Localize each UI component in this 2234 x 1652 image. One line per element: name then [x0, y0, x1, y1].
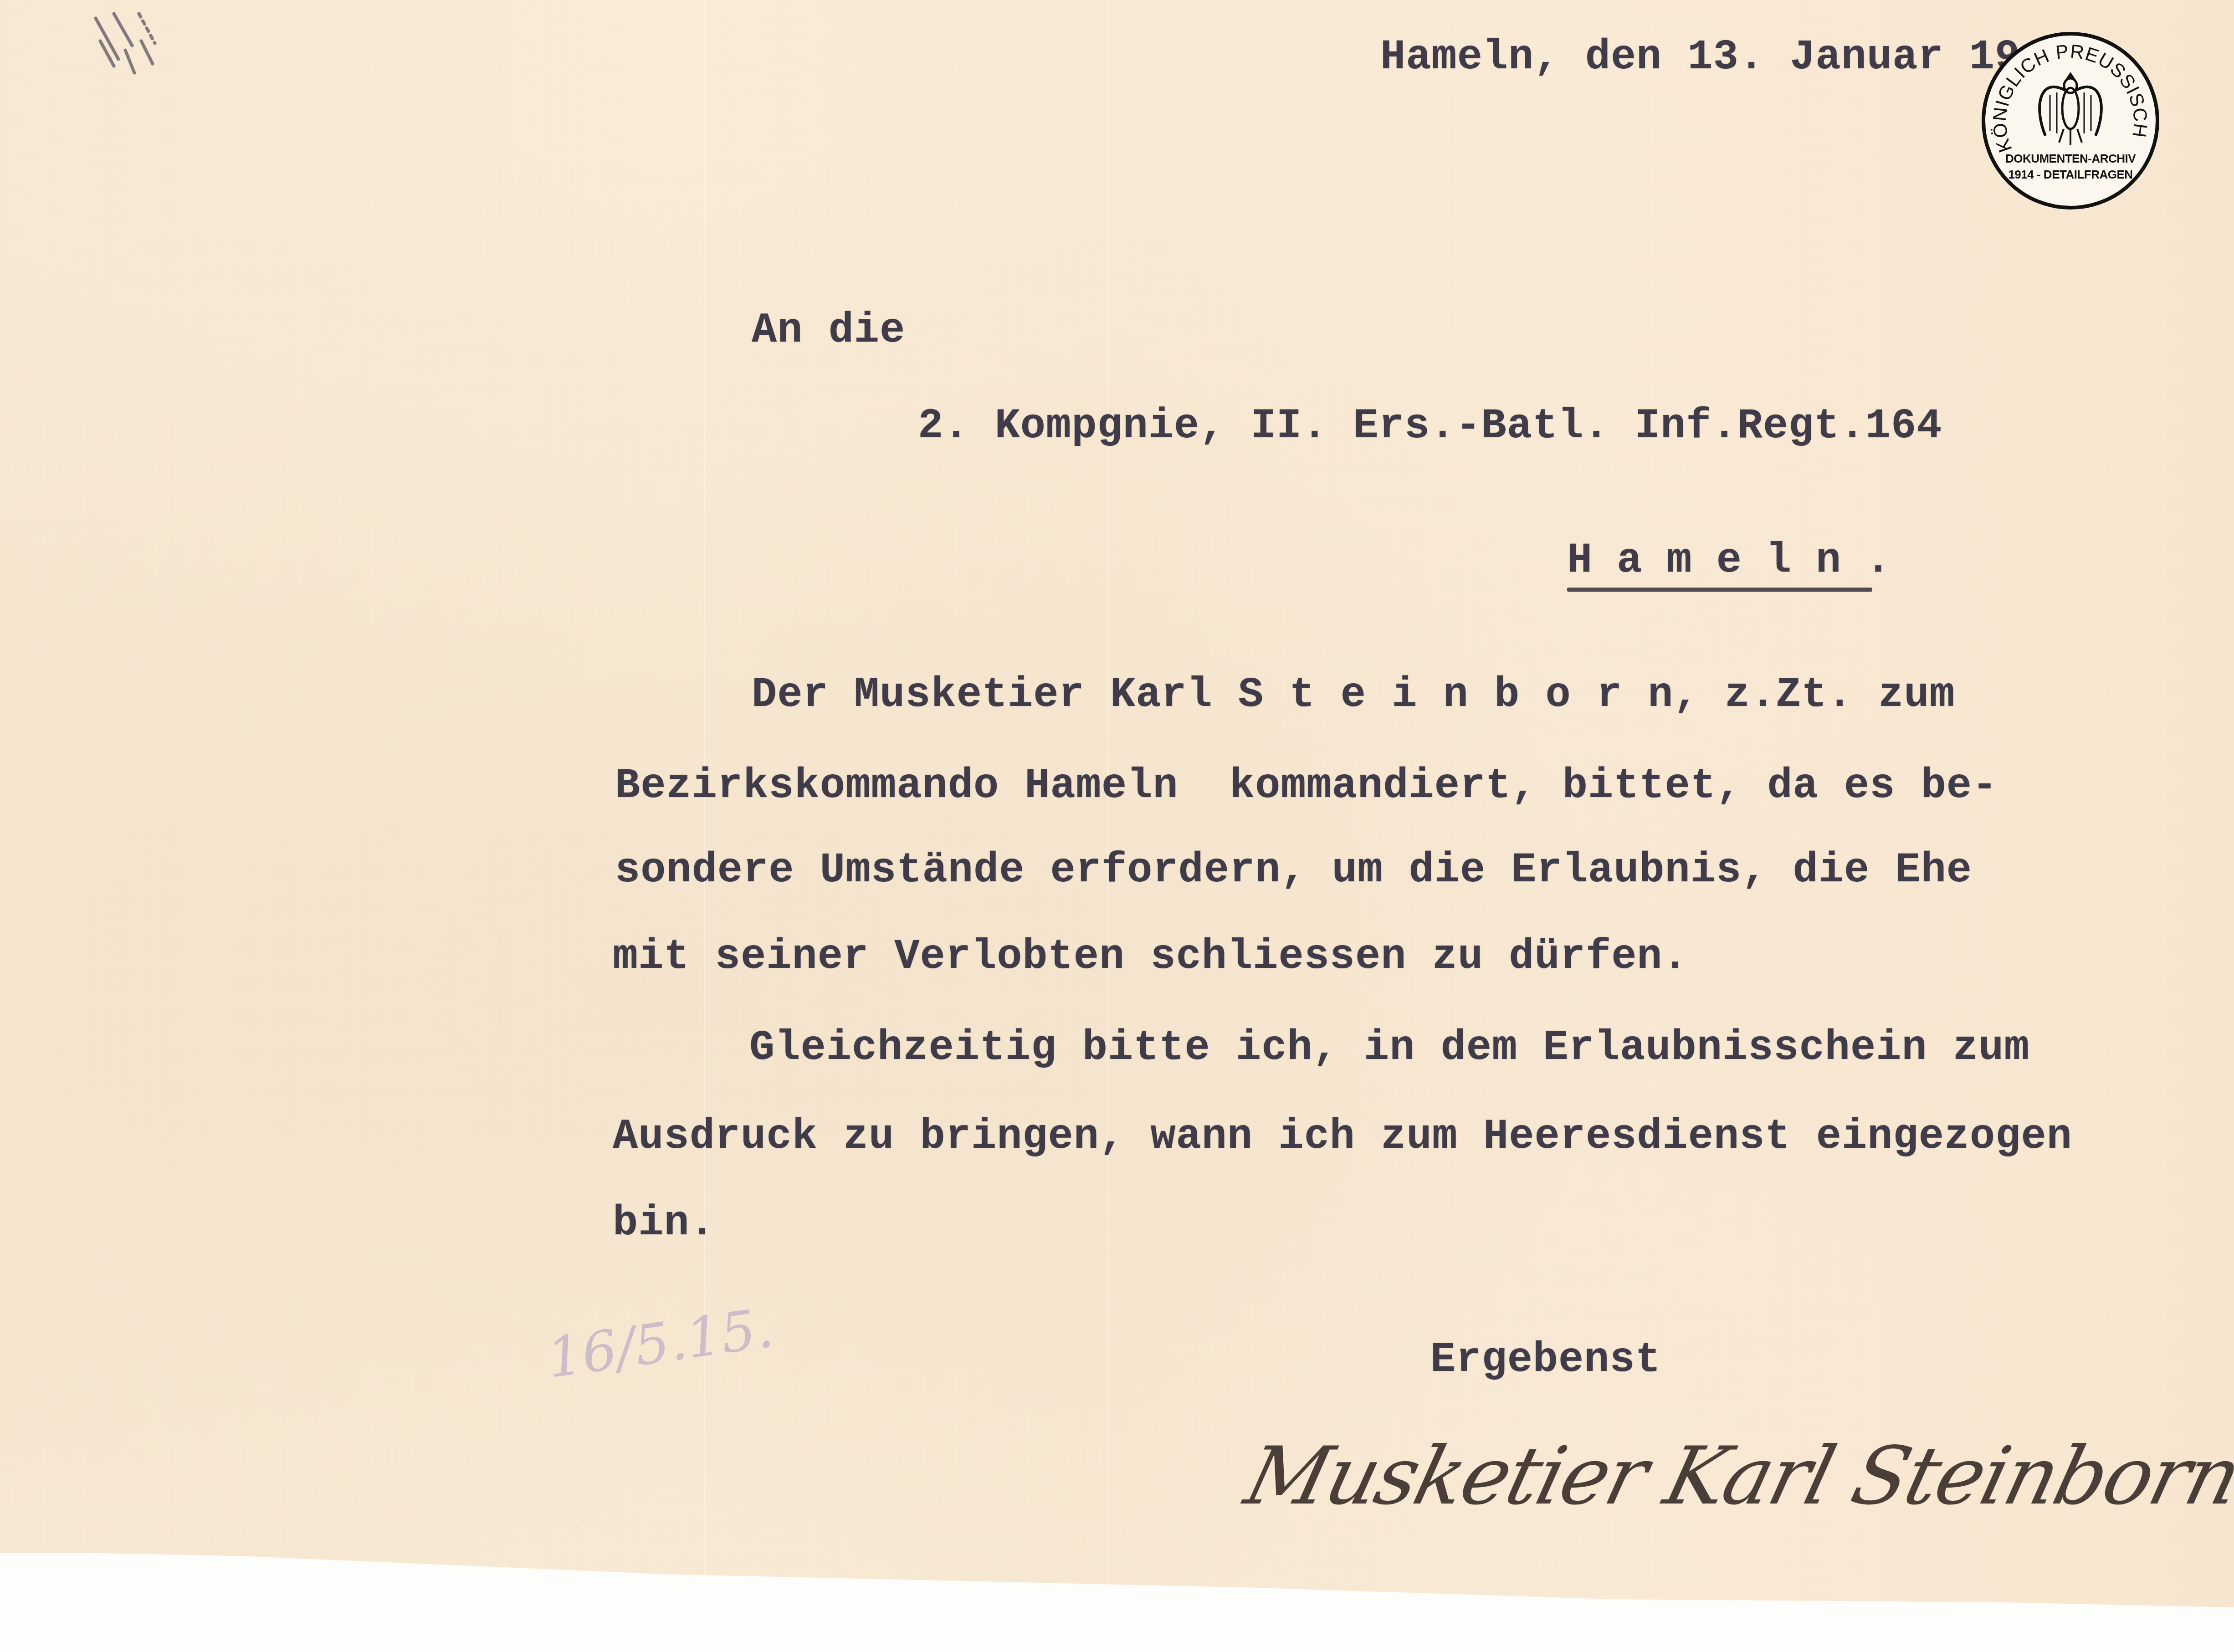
salutation: An die	[752, 310, 905, 352]
recipient-city: Hameln.	[1567, 540, 1915, 582]
city-underline	[1567, 588, 1872, 592]
stamp-line-1: DOKUMENTEN-ARCHIV	[1985, 152, 2156, 166]
handwritten-signature: Musketier Karl Steinborn.	[1237, 1430, 2234, 1523]
recipient-unit: 2. Kompgnie, II. Ers.-Batl. Inf.Regt.164	[918, 405, 1942, 447]
body-line-1: Der Musketier Karl S t e i n b o r n, z.…	[752, 674, 1955, 716]
body-line-3: sondere Umstände erfordern, um die Erlau…	[615, 849, 1972, 891]
paper-fold-line	[1107, 0, 1108, 1652]
corner-mark-icon	[87, 9, 205, 82]
archive-stamp: KÖNIGLICH PREUSSISCHES DOKUMENTEN-ARCHIV…	[1982, 32, 2159, 210]
prussian-eagle-icon	[2039, 72, 2101, 145]
svg-text:KÖNIGLICH PREUSSISCHES: KÖNIGLICH PREUSSISCHES	[1985, 36, 2152, 155]
body-line-2: Bezirkskommando Hameln kommandiert, bitt…	[615, 765, 1998, 807]
closing: Ergebenst	[1430, 1339, 1661, 1381]
body-line-5: Gleichzeitig bitte ich, in dem Erlaubnis…	[749, 1027, 2029, 1069]
body-line-7: bin.	[613, 1202, 715, 1244]
stamp-line-2: 1914 - DETAILFRAGEN	[1985, 168, 2156, 182]
letter-paper	[0, 0, 2234, 1652]
paper-fold-line	[704, 0, 705, 1652]
body-line-4: mit seiner Verlobten schliessen zu dürfe…	[613, 936, 1688, 978]
body-line-6: Ausdruck zu bringen, wann ich zum Heeres…	[613, 1116, 2072, 1158]
